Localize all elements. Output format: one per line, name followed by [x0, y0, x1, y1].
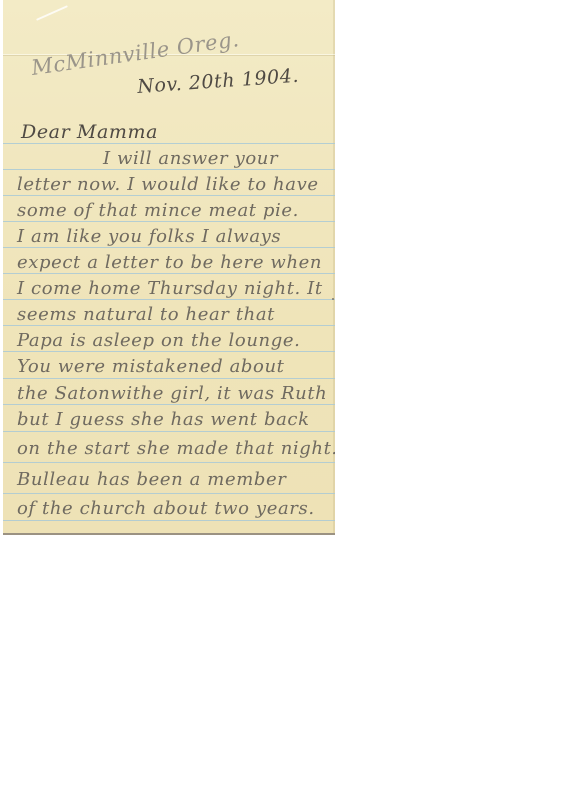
ruled-line [3, 404, 335, 405]
ruled-line [3, 351, 335, 352]
letter-body-line: the Satonwithe girl, it was Ruth [17, 385, 327, 403]
paper-scratch-mark [36, 5, 68, 21]
ruled-line [3, 143, 335, 144]
ruled-line [3, 325, 335, 326]
ruled-line [3, 247, 335, 248]
ink-speck [332, 298, 334, 300]
letter-body-line: Bulleau has been a member [17, 471, 286, 489]
document-viewer: McMinnville Oreg. Nov. 20th 1904. Dear M… [0, 0, 582, 800]
letter-body-line: on the start she made that night. [17, 440, 335, 458]
ruled-line [3, 431, 335, 432]
ruled-line [3, 493, 335, 494]
letter-salutation: Dear Mamma [21, 123, 158, 142]
ruled-line [3, 299, 335, 300]
letter-body-line: I will answer your [103, 150, 278, 168]
letter-page: McMinnville Oreg. Nov. 20th 1904. Dear M… [3, 0, 335, 535]
ruled-line [3, 520, 335, 521]
ruled-line [3, 378, 335, 379]
letter-body-line: some of that mince meat pie. [17, 202, 299, 220]
letter-date: Nov. 20th 1904. [137, 67, 300, 97]
letter-body-line: I come home Thursday night. It [17, 280, 323, 298]
letter-body-line: seems natural to hear that [17, 306, 275, 324]
ruled-line [3, 195, 335, 196]
ruled-line [3, 221, 335, 222]
ruled-line [3, 462, 335, 463]
letter-body-line: I am like you folks I always [17, 228, 281, 246]
letter-body-line: Papa is asleep on the lounge. [17, 332, 300, 350]
letter-body-line: but I guess she has went back [17, 411, 310, 429]
letter-body-line: expect a letter to be here when [17, 254, 322, 272]
ruled-line [3, 273, 335, 274]
letter-body-line: of the church about two years. [17, 500, 315, 518]
ruled-line [3, 169, 335, 170]
letter-body-line: letter now. I would like to have [17, 176, 319, 194]
letter-body-line: You were mistakened about [17, 358, 285, 376]
